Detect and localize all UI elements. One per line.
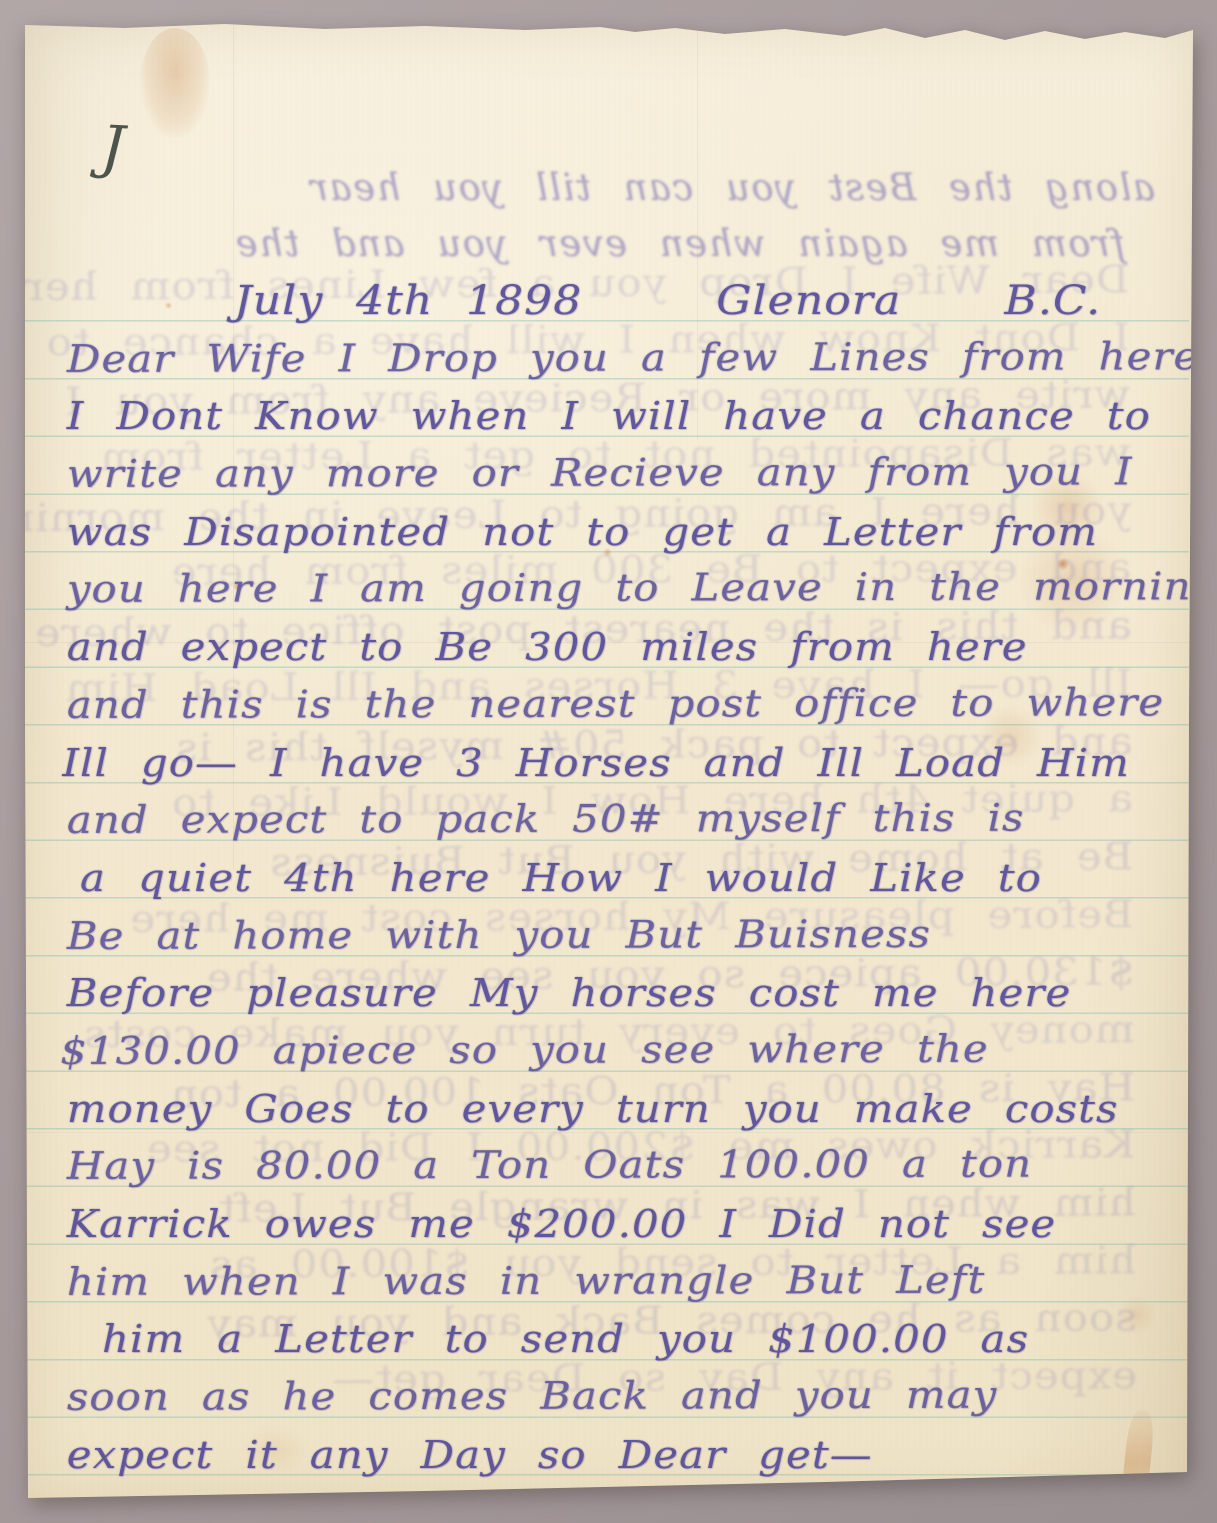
scanned-letter-photo: { "photo": { "description_colors": { "ma… <box>0 0 1217 1523</box>
paper-vignette <box>25 20 1195 1505</box>
paper-shadow: J along the Best you can till you hear f… <box>0 0 1217 1523</box>
letter-page: J along the Best you can till you hear f… <box>25 20 1195 1505</box>
